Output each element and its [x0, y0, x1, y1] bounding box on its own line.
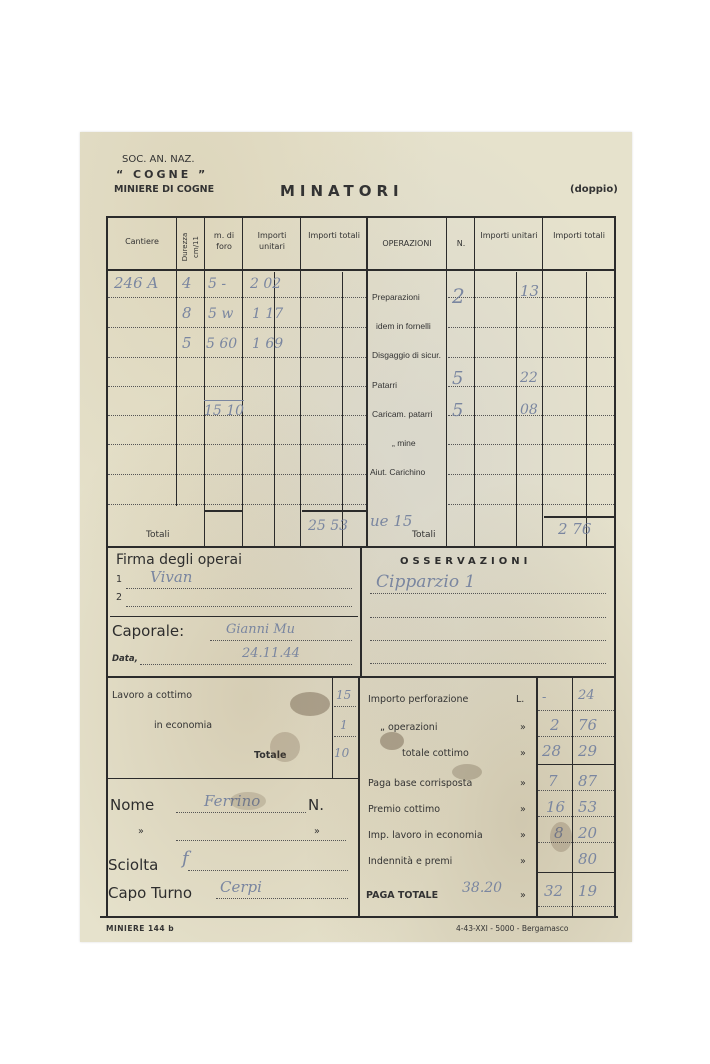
- paga-totale-lire: 32: [544, 882, 563, 900]
- divider: [106, 778, 358, 779]
- col-operazioni: OPERAZIONI: [368, 238, 446, 249]
- subtotal-note: 15 10: [204, 400, 244, 419]
- economia-label: in economia: [154, 720, 212, 731]
- col-divider: [542, 216, 543, 546]
- header-divider: [106, 269, 616, 271]
- row-line: [538, 736, 614, 737]
- obs-line: [370, 663, 606, 664]
- row-line: [448, 386, 614, 387]
- pay-sep: »: [520, 748, 526, 759]
- n-label: N.: [308, 796, 324, 814]
- sig-line1-value: Vivan: [150, 568, 192, 586]
- row-line: [448, 444, 614, 445]
- cottimo-value: 15: [336, 688, 351, 702]
- pay-cent: 76: [578, 716, 597, 734]
- obs-line: [370, 617, 606, 618]
- obs-line: [370, 593, 606, 594]
- cell-importi-unitari: 2 02: [250, 276, 281, 292]
- ditto-line: [176, 840, 346, 841]
- row-line: [538, 906, 614, 907]
- cell-importi-unitari: 13: [520, 282, 539, 300]
- observations-title: OSSERVAZIONI: [400, 556, 531, 567]
- col-durezza: Durezza cm/11: [180, 228, 202, 266]
- frame-bottom: [100, 916, 618, 918]
- pay-lire: -: [542, 690, 546, 705]
- obs-line: [370, 640, 606, 641]
- col-m-foro: m. di foro: [206, 230, 242, 252]
- cell-importi-unitari: 22: [520, 370, 538, 386]
- row-line: [538, 710, 614, 711]
- cell-importi-unitari: 1 17: [252, 306, 283, 322]
- capo-turno-value: Cerpi: [220, 878, 262, 896]
- row-line: [108, 504, 366, 505]
- capo-turno-line: [216, 898, 348, 899]
- pay-lire: 28: [542, 742, 561, 760]
- sig-line2-label: 2: [116, 592, 122, 603]
- stain: [290, 692, 330, 716]
- sciolta-label: Sciolta: [108, 856, 158, 874]
- economia-value: 1: [340, 718, 348, 732]
- ditto-mark: »: [314, 826, 320, 837]
- cottimo-label: Lavoro a cottimo: [112, 690, 192, 701]
- col-divider: [474, 216, 475, 546]
- pay-cent: 53: [578, 798, 597, 816]
- pay-sep: L.: [516, 694, 524, 705]
- stain: [380, 732, 404, 750]
- cell-n: 5: [452, 368, 463, 389]
- section-split: [360, 546, 362, 676]
- pay-cent: 80: [578, 850, 597, 868]
- nome-label: Nome: [110, 796, 154, 814]
- pay-cent: 24: [578, 688, 595, 703]
- col-divider: [536, 678, 538, 916]
- col-importi-totali-left: Importi totali: [302, 230, 366, 241]
- col-divider: [204, 216, 205, 546]
- row-line: [448, 504, 614, 505]
- cell-n: 2: [452, 284, 465, 308]
- row-line: [448, 327, 614, 328]
- print-info: 4-43-XXI - 5000 - Bergamasco: [456, 924, 568, 933]
- frame-right: [614, 216, 616, 916]
- cell-durezza: 5: [182, 334, 192, 352]
- capo-turno-label: Capo Turno: [108, 884, 192, 902]
- row-line: [108, 474, 366, 475]
- cell-m-foro: 5 w: [208, 306, 233, 322]
- cell-cantiere: 246 A: [114, 274, 158, 292]
- data-line: [140, 664, 352, 665]
- row-line: [108, 386, 366, 387]
- cell-n: 5: [452, 400, 463, 421]
- total-rule: [204, 510, 242, 512]
- col-divider: [332, 678, 333, 778]
- row-line: [108, 327, 366, 328]
- pay-sep: »: [520, 856, 526, 867]
- pay-cent: 20: [578, 824, 597, 842]
- company-line1: SOC. AN. NAZ.: [122, 154, 195, 165]
- pay-cent: 29: [578, 742, 597, 760]
- row-line: [448, 474, 614, 475]
- col-importi-unitari-left: Importi unitari: [244, 230, 300, 252]
- sciolta-value: f: [182, 848, 189, 869]
- pay-sep: »: [520, 722, 526, 733]
- pay-lire: 16: [546, 798, 565, 816]
- company-line3: MINIERE DI COGNE: [114, 184, 214, 195]
- frame-top: [106, 216, 616, 218]
- op-mine: „ mine: [392, 438, 416, 448]
- paga-totale-cent: 19: [578, 882, 597, 900]
- col-divider: [446, 216, 447, 546]
- col-divider: [572, 678, 573, 916]
- row-line: [108, 357, 366, 358]
- col-n: N.: [448, 238, 474, 249]
- section-divider: [106, 676, 616, 678]
- caporale-line: [210, 640, 352, 641]
- op-idem-fornelli: idem in fornelli: [376, 321, 431, 331]
- op-patarri: Patarri: [372, 380, 397, 390]
- cell-durezza: 4: [182, 274, 192, 292]
- right-totals-value: 2 76: [558, 520, 591, 538]
- nome-line: [176, 812, 306, 813]
- total-rule: [302, 510, 366, 512]
- left-totals-label: Totali: [146, 530, 170, 540]
- row-line: [334, 736, 356, 737]
- pay-side-note: 38.20: [462, 880, 502, 896]
- signature-line-2: [126, 606, 352, 607]
- stain: [230, 792, 266, 810]
- stain: [270, 732, 300, 762]
- cell-durezza: 8: [182, 304, 192, 322]
- total-rule: [538, 764, 614, 765]
- form-title: MINATORI: [280, 182, 404, 200]
- right-totals-label: Totali: [412, 530, 436, 540]
- col-divider: [242, 216, 243, 546]
- row-line: [448, 357, 614, 358]
- total-rule: [544, 516, 614, 518]
- stain: [550, 822, 572, 852]
- col-divider: [176, 216, 177, 506]
- copy-type: (doppio): [570, 184, 618, 195]
- ditto-mark: »: [138, 826, 144, 837]
- pay-label: Indennità e premi: [368, 856, 452, 867]
- col-cantiere: Cantiere: [108, 236, 176, 247]
- row-line: [538, 842, 614, 843]
- sciolta-line: [188, 870, 348, 871]
- minatori-form: SOC. AN. NAZ. “ COGNE ” MINIERE DI COGNE…: [80, 132, 632, 942]
- op-caricam-patarri: Caricam. patarri: [372, 409, 432, 419]
- cell-importi-unitari: 1 69: [252, 336, 283, 352]
- col-divider: [300, 216, 301, 546]
- op-disgaggio: Disgaggio di sicur.: [372, 350, 441, 360]
- cell-m-foro: 5 60: [206, 336, 237, 352]
- pay-sep: »: [520, 778, 526, 789]
- handwritten-note: ue 15: [370, 512, 412, 530]
- col-importi-unitari-right: Importi unitari: [476, 230, 542, 241]
- form-code: MINIERE 144 b: [106, 924, 174, 933]
- row-line: [538, 816, 614, 817]
- cell-m-foro: 5 -: [208, 276, 226, 292]
- op-aiut-carichino: Aiut. Carichino: [370, 467, 425, 477]
- caporale-value: Gianni Mu: [226, 622, 295, 637]
- col-importi-totali-right: Importi totali: [544, 230, 614, 241]
- section-split: [358, 676, 360, 916]
- pay-lire: 2: [550, 716, 560, 734]
- row-line: [334, 706, 356, 707]
- divider: [110, 616, 358, 617]
- data-value: 24.11.44: [242, 646, 300, 661]
- stain: [452, 764, 482, 780]
- data-label: Data,: [112, 654, 138, 664]
- pay-cent: 87: [578, 772, 597, 790]
- company-name: “ COGNE ”: [116, 168, 208, 181]
- paga-totale-label: PAGA TOTALE: [366, 890, 438, 901]
- row-line: [538, 790, 614, 791]
- signatures-title: Firma degli operai: [116, 552, 242, 568]
- sig-line1-label: 1: [116, 574, 122, 585]
- row-line: [108, 444, 366, 445]
- pay-label: Premio cottimo: [368, 804, 440, 815]
- pay-label: totale cottimo: [402, 748, 469, 759]
- observations-note: Cipparzio 1: [376, 572, 475, 592]
- pay-label: Paga base corrisposta: [368, 778, 472, 789]
- op-preparazioni: Preparazioni: [372, 292, 420, 302]
- caporale-label: Caporale:: [112, 622, 184, 640]
- pay-label: Importo perforazione: [368, 694, 468, 705]
- row-line: [108, 297, 366, 298]
- pay-sep: »: [520, 804, 526, 815]
- frame-left: [106, 216, 108, 916]
- pay-label: Imp. lavoro in economia: [368, 830, 483, 841]
- cell-importi-unitari: 08: [520, 402, 538, 418]
- totale-value: 10: [334, 746, 349, 760]
- signature-line-1: [126, 588, 352, 589]
- pay-sep: »: [520, 890, 526, 901]
- table-split: [366, 216, 368, 546]
- left-totals-value: 25 53: [308, 518, 348, 534]
- pay-sep: »: [520, 830, 526, 841]
- pay-lire: 7: [548, 772, 558, 790]
- total-rule: [538, 872, 614, 873]
